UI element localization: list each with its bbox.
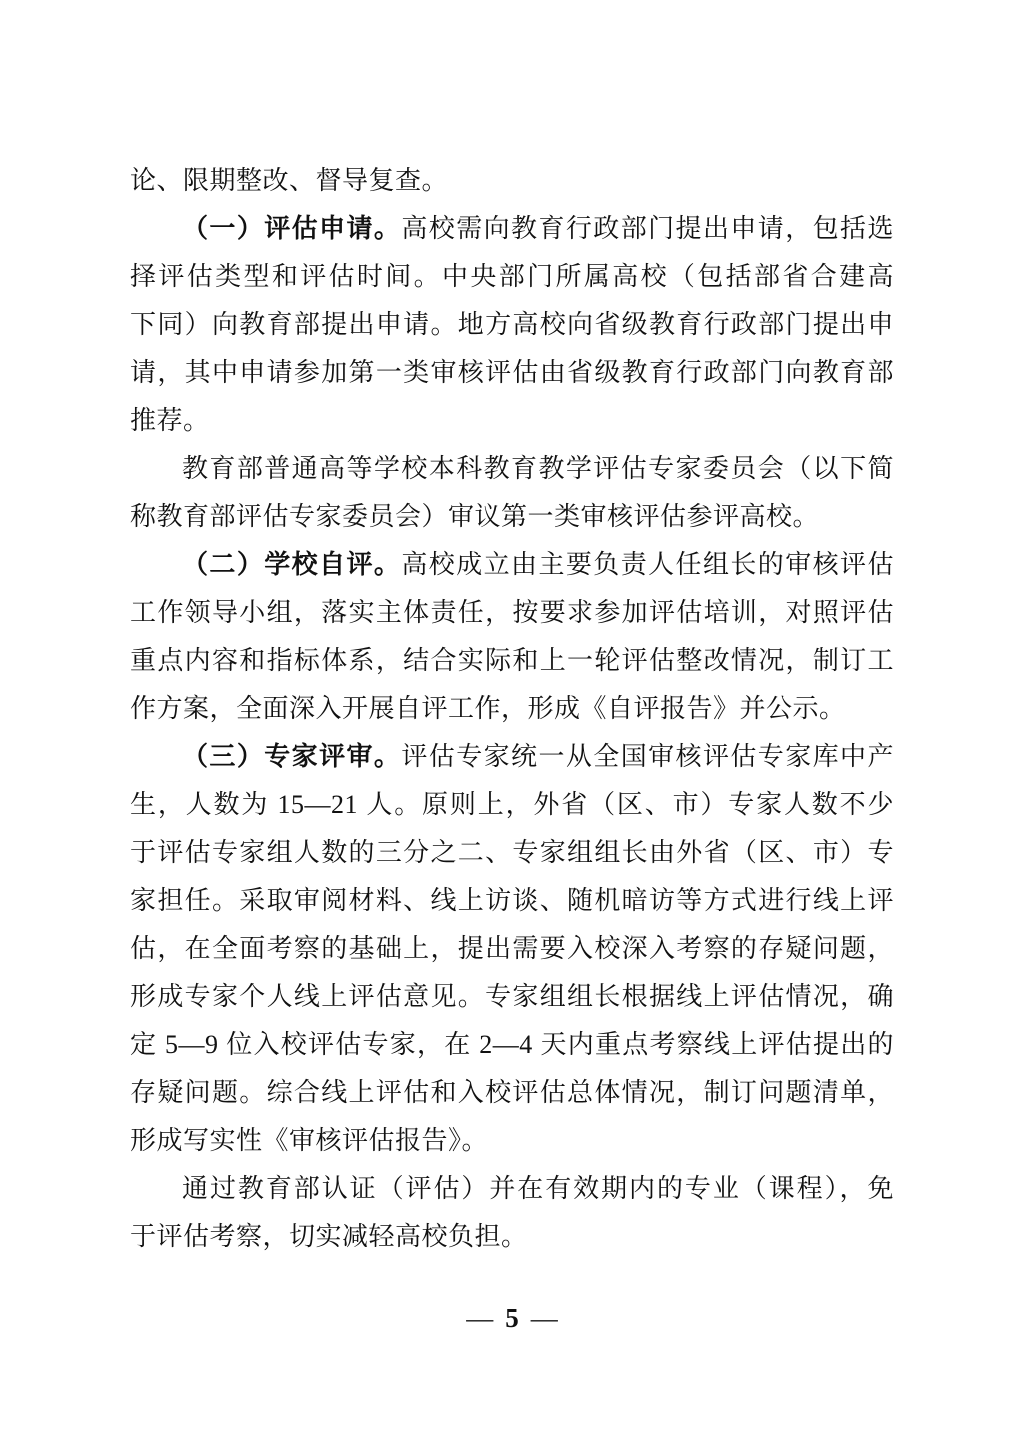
body-text: 作方案，全面深入开展自评工作，形成《自评报告》并公示。 xyxy=(130,694,846,723)
body-text: 家担任。采取审阅材料、线上访谈、随机暗访等方式进行线上评 xyxy=(130,886,894,915)
text-line: 下同）向教育部提出申请。地方高校向省级教育行政部门提出申 xyxy=(130,301,894,349)
text-line: 于评估专家组人数的三分之二、专家组组长由外省（区、市）专 xyxy=(130,829,894,877)
body-text: 重点内容和指标体系，结合实际和上一轮评估整改情况，制订工 xyxy=(130,646,894,675)
footer-dash-left: — xyxy=(466,1303,493,1333)
body-text: 评估专家统一从全国审核评估专家库中产 xyxy=(401,742,894,771)
body-text: 生，人数为 15—21 人。原则上，外省（区、市）专家人数不少 xyxy=(130,790,894,819)
text-line: 家担任。采取审阅材料、线上访谈、随机暗访等方式进行线上评 xyxy=(130,877,894,925)
body-text: 高校需向教育行政部门提出申请，包括选 xyxy=(401,214,894,243)
section-3-expert-review: （三）专家评审。评估专家统一从全国审核评估专家库中产生，人数为 15—21 人。… xyxy=(130,733,894,1165)
text-line: 工作领导小组，落实主体责任，按要求参加评估培训，对照评估 xyxy=(130,589,894,637)
page-footer: —5— xyxy=(0,1298,1024,1338)
section-heading: （一）评估申请。 xyxy=(182,214,401,243)
body-text: 存疑问题。综合线上评估和入校评估总体情况，制订问题清单， xyxy=(130,1078,894,1107)
text-line: （二）学校自评。高校成立由主要负责人任组长的审核评估 xyxy=(130,541,894,589)
section-1-evaluation-application: （一）评估申请。高校需向教育行政部门提出申请，包括选择评估类型和评估时间。中央部… xyxy=(130,205,894,445)
body-text: 教育部普通高等学校本科教育教学评估专家委员会（以下简 xyxy=(182,454,894,483)
text-line: 定 5—9 位入校评估专家，在 2—4 天内重点考察线上评估提出的 xyxy=(130,1021,894,1069)
text-line: 估，在全面考察的基础上，提出需要入校深入考察的存疑问题， xyxy=(130,925,894,973)
text-line: 推荐。 xyxy=(130,397,894,445)
footer-dash-right: — xyxy=(531,1303,558,1333)
body-text: 工作领导小组，落实主体责任，按要求参加评估培训，对照评估 xyxy=(130,598,894,627)
body-text: 形成专家个人线上评估意见。专家组组长根据线上评估情况，确 xyxy=(130,982,894,1011)
text-line: 论、限期整改、督导复查。 xyxy=(130,157,894,205)
section-2-school-self-evaluation: （二）学校自评。高校成立由主要负责人任组长的审核评估工作领导小组，落实主体责任，… xyxy=(130,541,894,733)
text-line: 于评估考察，切实减轻高校负担。 xyxy=(130,1213,894,1261)
document-page: 论、限期整改、督导复查。（一）评估申请。高校需向教育行政部门提出申请，包括选择评… xyxy=(0,0,1024,1448)
text-line: 请，其中申请参加第一类审核评估由省级教育行政部门向教育部 xyxy=(130,349,894,397)
body-text: 下同）向教育部提出申请。地方高校向省级教育行政部门提出申 xyxy=(130,310,894,339)
body-text: 请，其中申请参加第一类审核评估由省级教育行政部门向教育部 xyxy=(130,358,894,387)
continuation-paragraph: 论、限期整改、督导复查。 xyxy=(130,157,894,205)
text-line: 择评估类型和评估时间。中央部门所属高校（包括部省合建高校， xyxy=(130,253,894,301)
body-text: 通过教育部认证（评估）并在有效期内的专业（课程），免 xyxy=(182,1174,894,1203)
text-line: 称教育部评估专家委员会）审议第一类审核评估参评高校。 xyxy=(130,493,894,541)
text-line: （一）评估申请。高校需向教育行政部门提出申请，包括选 xyxy=(130,205,894,253)
text-line: （三）专家评审。评估专家统一从全国审核评估专家库中产 xyxy=(130,733,894,781)
body-text: 择评估类型和评估时间。中央部门所属高校（包括部省合建高校， xyxy=(130,262,894,301)
body-text: 称教育部评估专家委员会）审议第一类审核评估参评高校。 xyxy=(130,502,819,531)
body-text: 形成写实性《审核评估报告》。 xyxy=(130,1126,488,1155)
text-line: 形成专家个人线上评估意见。专家组组长根据线上评估情况，确 xyxy=(130,973,894,1021)
text-line: 形成写实性《审核评估报告》。 xyxy=(130,1117,894,1165)
expert-committee-paragraph: 教育部普通高等学校本科教育教学评估专家委员会（以下简称教育部评估专家委员会）审议… xyxy=(130,445,894,541)
body-text: 定 5—9 位入校评估专家，在 2—4 天内重点考察线上评估提出的 xyxy=(130,1030,894,1059)
body-text: 于评估专家组人数的三分之二、专家组组长由外省（区、市）专 xyxy=(130,838,894,867)
text-line: 重点内容和指标体系，结合实际和上一轮评估整改情况，制订工 xyxy=(130,637,894,685)
certification-exemption-paragraph: 通过教育部认证（评估）并在有效期内的专业（课程），免于评估考察，切实减轻高校负担… xyxy=(130,1165,894,1261)
text-line: 教育部普通高等学校本科教育教学评估专家委员会（以下简 xyxy=(130,445,894,493)
body-text: 于评估考察，切实减轻高校负担。 xyxy=(130,1222,528,1251)
text-line: 作方案，全面深入开展自评工作，形成《自评报告》并公示。 xyxy=(130,685,894,733)
section-heading: （二）学校自评。 xyxy=(182,550,401,579)
text-line: 通过教育部认证（评估）并在有效期内的专业（课程），免 xyxy=(130,1165,894,1213)
body-text: 高校成立由主要负责人任组长的审核评估 xyxy=(401,550,894,579)
page-number: 5 xyxy=(505,1303,519,1333)
body-text: 估，在全面考察的基础上，提出需要入校深入考察的存疑问题， xyxy=(130,934,894,963)
text-line: 存疑问题。综合线上评估和入校评估总体情况，制订问题清单， xyxy=(130,1069,894,1117)
document-body: 论、限期整改、督导复查。（一）评估申请。高校需向教育行政部门提出申请，包括选择评… xyxy=(130,157,894,1261)
body-text: 论、限期整改、督导复查。 xyxy=(130,166,448,195)
text-line: 生，人数为 15—21 人。原则上，外省（区、市）专家人数不少 xyxy=(130,781,894,829)
body-text: 推荐。 xyxy=(130,406,210,435)
section-heading: （三）专家评审。 xyxy=(182,742,401,771)
